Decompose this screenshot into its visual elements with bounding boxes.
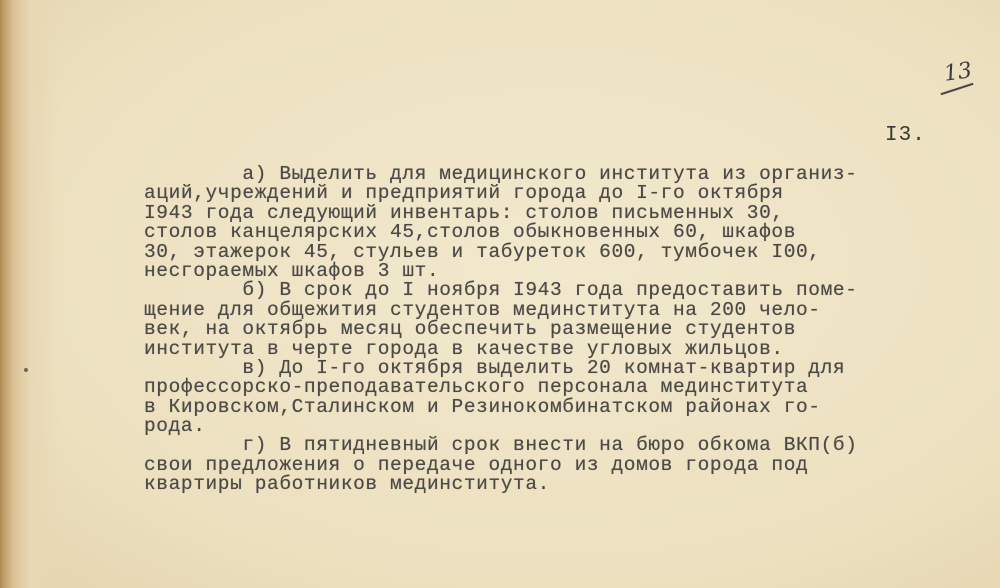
text-line: столов канцелярских 45,столов обыкновенн… [144, 223, 994, 242]
text-line: век, на октябрь месяц обеспечить размеще… [144, 320, 994, 339]
text-line: института в черте города в качестве угло… [144, 340, 994, 359]
text-line: б) В срок до I ноября I943 года предоста… [144, 281, 994, 300]
text-line: квартиры работников мединститута. [144, 475, 994, 494]
typed-page-number: I3. [885, 124, 926, 147]
text-line: аций,учреждений и предприятий города до … [144, 184, 994, 203]
handwritten-page-number: 13 [942, 58, 973, 87]
margin-mark [24, 368, 28, 372]
typewritten-body: а) Выделить для медицинского института и… [144, 165, 994, 495]
text-line: в Кировском,Сталинском и Резинокомбинатс… [144, 398, 994, 417]
text-line: профессорско-преподавательского персонал… [144, 378, 994, 397]
text-line: г) В пятидневный срок внести на бюро обк… [144, 436, 994, 455]
scanned-document-page: 13 I3. а) Выделить для медицинского инст… [0, 0, 1000, 588]
